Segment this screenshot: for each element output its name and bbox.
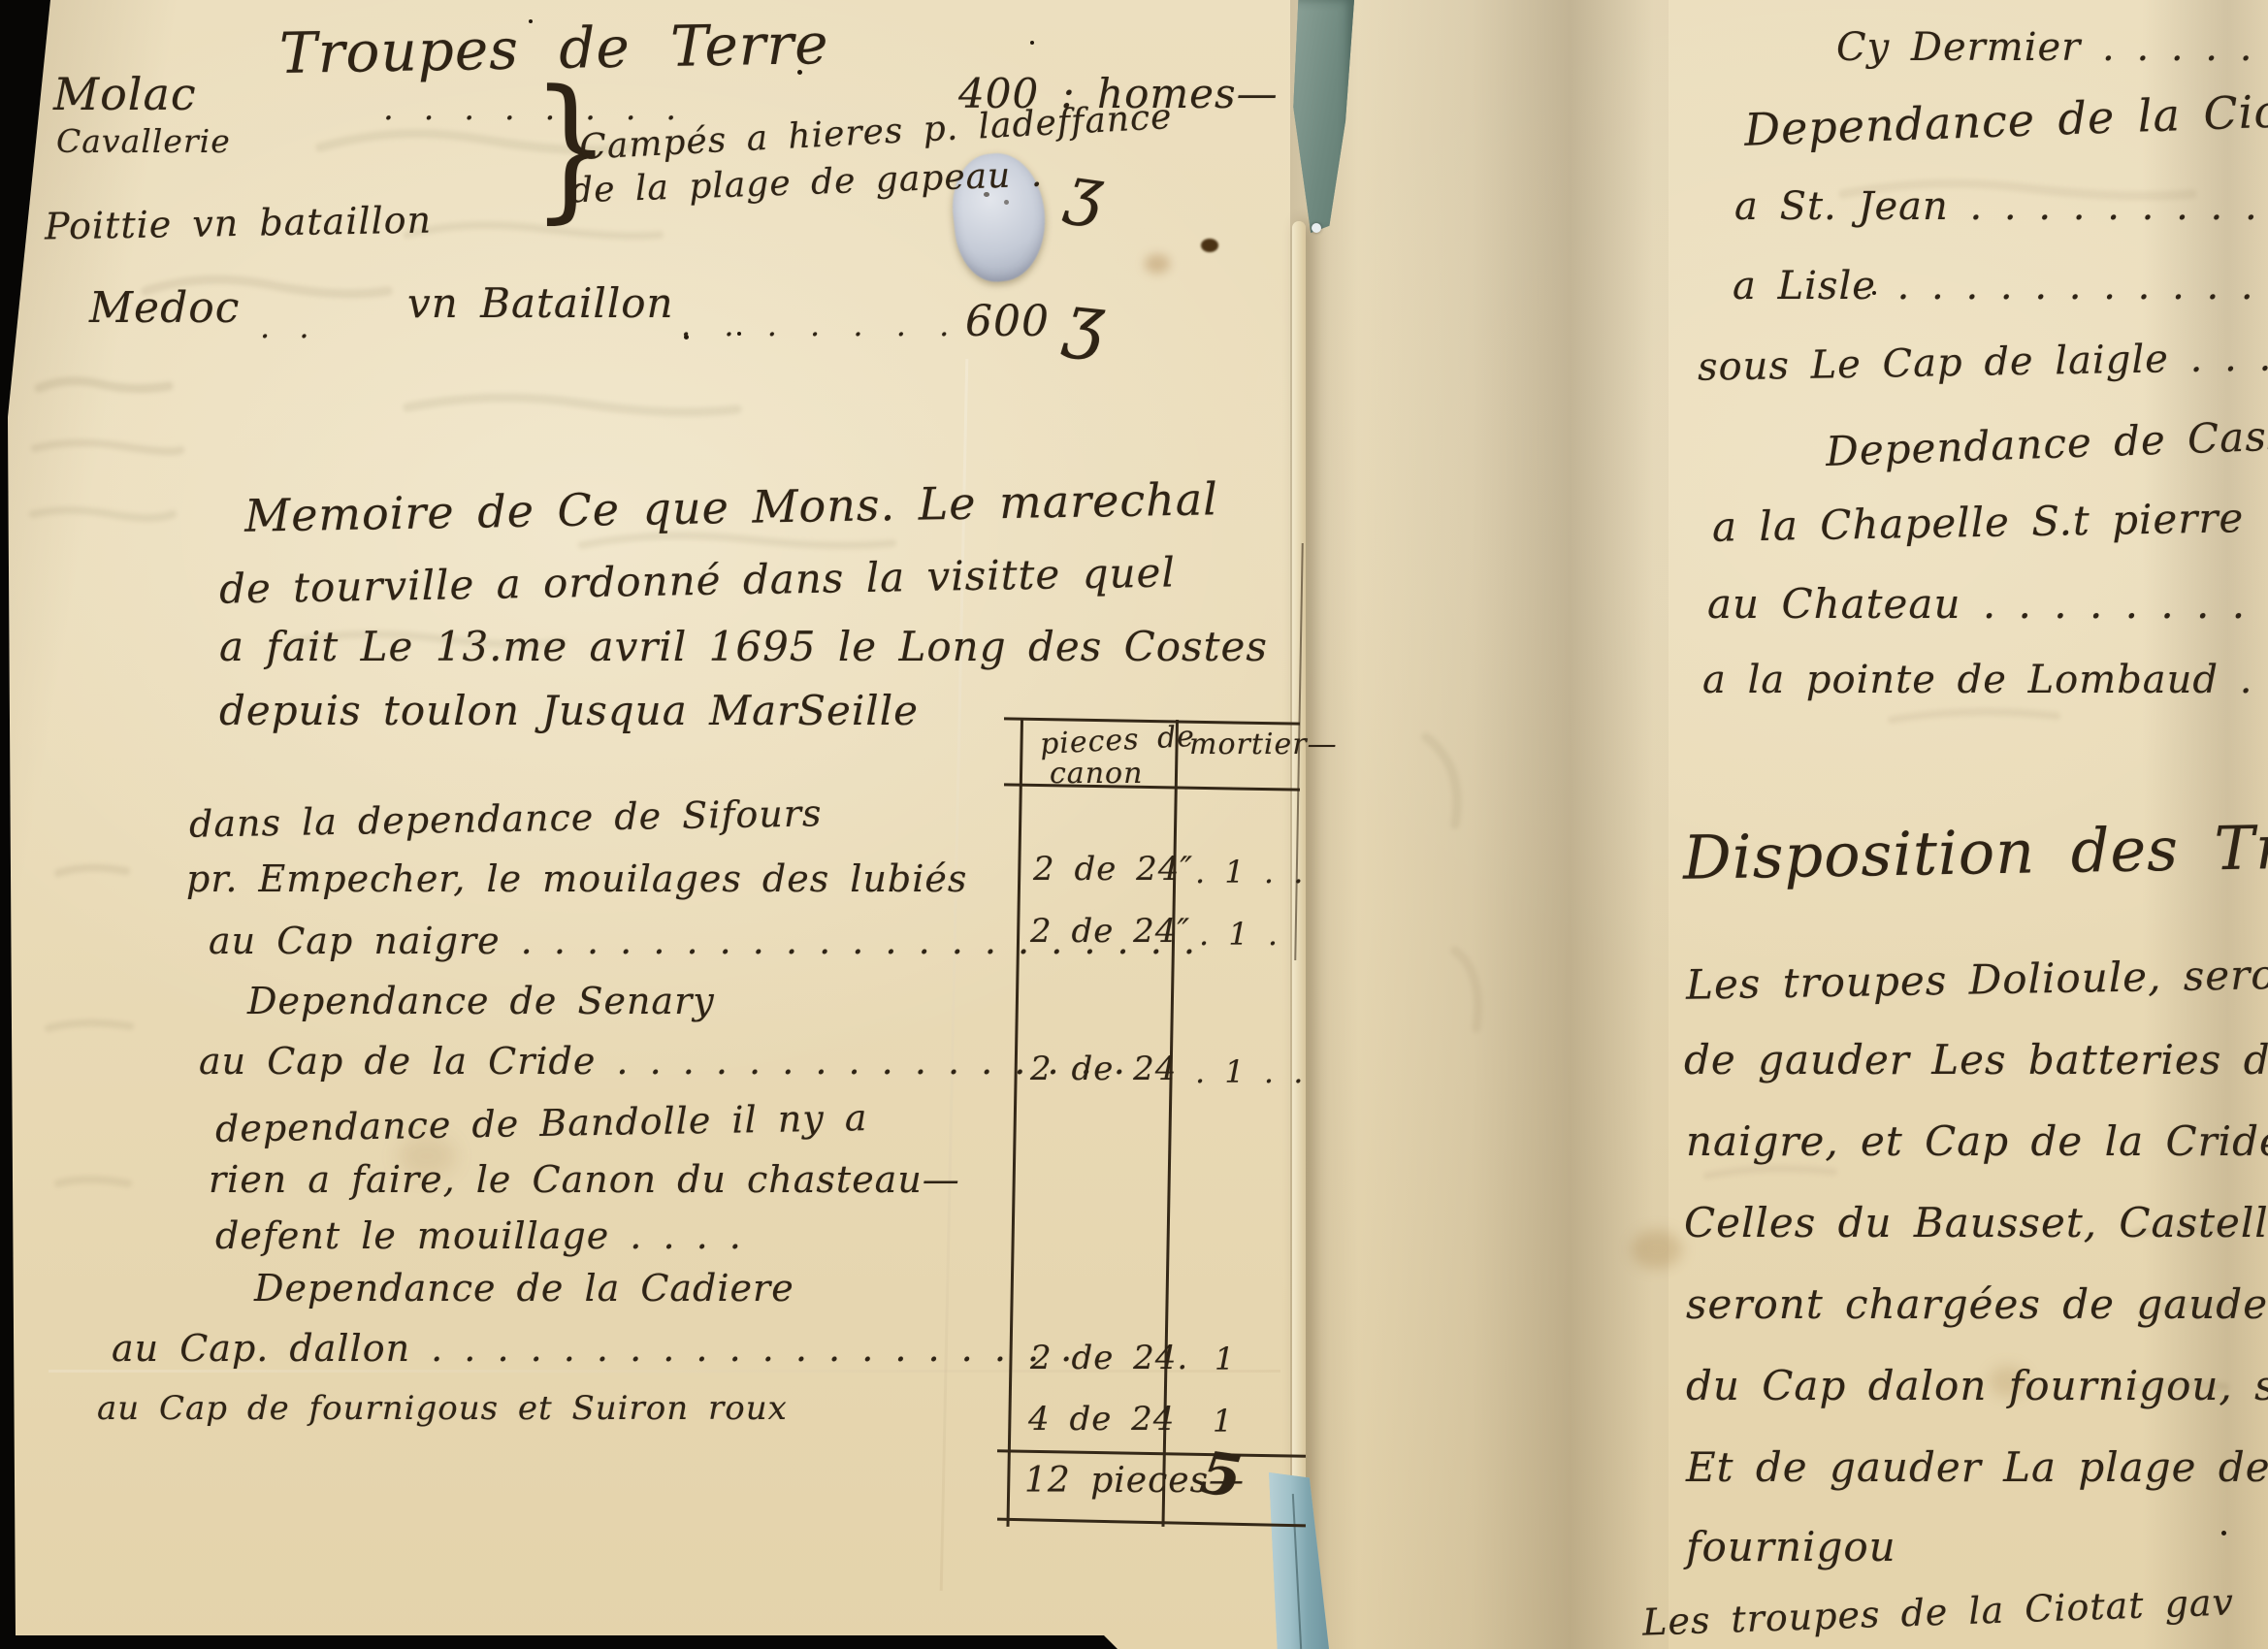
- table-cell-mortier: . 1 . .: [1195, 1053, 1304, 1090]
- medoc-leader-dots: . . . . . . .: [681, 307, 956, 343]
- foxing-stain: [1145, 254, 1170, 274]
- right-line: au Chateau . . . . . . . .: [1707, 580, 2246, 628]
- medoc-dots: . .: [260, 308, 315, 345]
- right-para-line: du Cap dalon fournigou, s: [1686, 1362, 2268, 1409]
- count-400-homes: 400 : homes—: [958, 70, 1279, 117]
- unit-molac: Molac: [53, 68, 197, 120]
- unit-medoc: Medoc: [89, 283, 240, 333]
- table-cell-mortier: 1: [1213, 1403, 1233, 1439]
- right-para-line: Celles du Bausset, Castellet,: [1684, 1199, 2268, 1246]
- table-cell-canon: 2 de 24.: [1030, 1339, 1188, 1377]
- right-para-line: fournigou: [1686, 1523, 1896, 1570]
- right-para-line: Et de gauder La plage de: [1686, 1443, 2268, 1491]
- right-para-line: de gauder Les batteries des Eu: [1684, 1036, 2268, 1083]
- table-cell-canon: 2 de 24: [1030, 1050, 1177, 1088]
- table-cell-canon: 2 de 24″: [1033, 850, 1193, 889]
- right-line: a la Chapelle S.t pierre: [1712, 494, 2245, 551]
- table-cell-canon: 2 de 24″: [1030, 912, 1190, 951]
- scanned-manuscript: Troupes de Terre Molac . . . . . . . . C…: [0, 0, 2268, 1649]
- right-para-line: naigre, et Cap de la Cride—: [1686, 1117, 2268, 1165]
- ink-blot: [1201, 239, 1218, 252]
- body-line: au Cap de la Cride . . . . . . . . . . .…: [199, 1040, 1126, 1083]
- table-header-canon-line2: canon: [1050, 757, 1143, 791]
- right-line: a la pointe de Lombaud . . . .: [1702, 658, 2268, 702]
- right-page-heading: Disposition des Tro: [1682, 811, 2268, 892]
- table-cell-canon: 4 de 24: [1028, 1400, 1175, 1439]
- table-cell-mortier: . 1 . .: [1195, 854, 1304, 890]
- count-600: 600: [965, 297, 1050, 346]
- memoire-line: a fait Le 13.me avril 1695 le Long des C…: [219, 623, 1268, 670]
- fly-speck: [2221, 1531, 2226, 1536]
- right-para-line: seront chargées de gauder Le: [1686, 1280, 2268, 1328]
- medoc-unit: vn Bataillon: [407, 279, 674, 327]
- body-line: au Cap de fournigous et Suiron roux: [97, 1389, 788, 1428]
- memoire-line: depuis toulon Jusqua MarSeille: [219, 687, 919, 734]
- seal-speck: [1004, 200, 1009, 205]
- right-line: a St. Jean . . . . . . . . . . . . . . .: [1734, 184, 2268, 229]
- body-line: pr. Empecher, le mouilages des lubiés: [186, 857, 967, 900]
- table-header-mortier: mortier—: [1189, 727, 1338, 761]
- table-cell-mortier: 1: [1215, 1341, 1235, 1377]
- unit-cavallerie: Cavallerie: [56, 122, 231, 160]
- body-line: defent le mouillage . . . .: [215, 1214, 742, 1257]
- right-line: a Lisle . . . . . . . . . . . . .: [1733, 264, 2268, 308]
- unit-poittie: Poittie vn bataillon: [45, 199, 433, 248]
- flourish-mark: ʒ: [1061, 277, 1110, 363]
- body-line: rien a faire, le Canon du chasteau—: [209, 1158, 960, 1201]
- fly-speck: [1030, 41, 1034, 45]
- body-line: Dependance de la Cadiere: [254, 1267, 794, 1309]
- body-line: Dependance de Senary: [247, 980, 715, 1022]
- foxing-stain: [1632, 1230, 1682, 1269]
- table-cell-mortier: . 1 .: [1199, 916, 1279, 953]
- right-line: Cy Dermier . . . . . . .: [1836, 25, 2268, 70]
- body-line: au Cap. dallon . . . . . . . . . . . . .…: [112, 1327, 1073, 1370]
- right-para-line: Les troupes Dolioule, seront: [1686, 950, 2268, 1008]
